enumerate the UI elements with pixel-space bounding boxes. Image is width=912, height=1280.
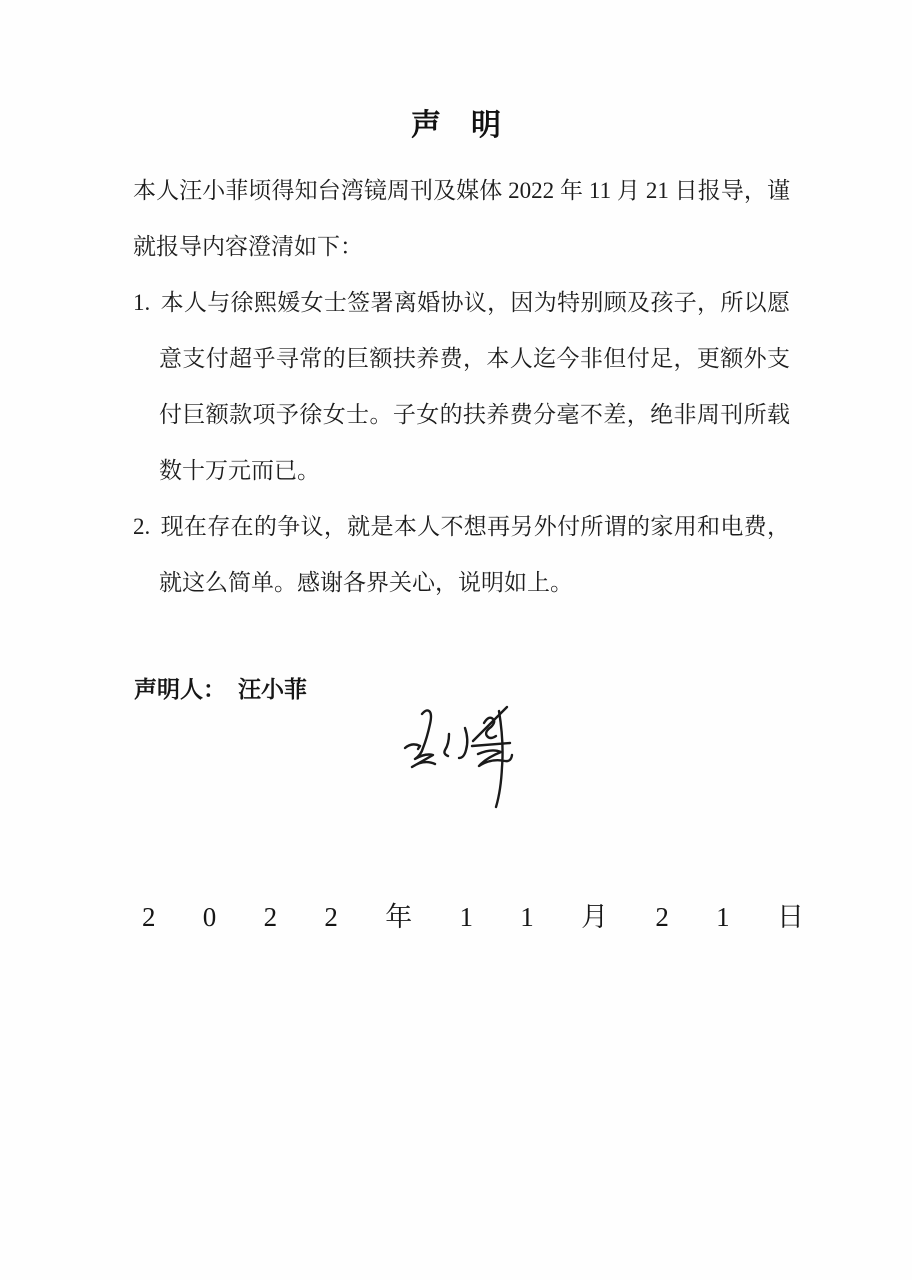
handwritten-signature-image (388, 692, 548, 820)
list-item-1-text: 本人与徐熙媛女士签署离婚协议，因为特别顾及孩子，所以愿意支付超乎寻常的巨额扶养费… (159, 290, 790, 483)
date-char: 2 (264, 899, 278, 935)
date-char: 2 (324, 899, 338, 935)
list-item-2-number: 2. (133, 514, 150, 539)
date-char: 1 (520, 899, 534, 935)
date-char: 0 (203, 899, 217, 935)
document-body: 本人汪小菲顷得知台湾镜周刊及媒体 2022 年 11 月 21 日报导，谨就报导… (133, 163, 790, 611)
date-char: 2 (142, 899, 156, 935)
list-item-1-number: 1. (133, 290, 150, 315)
list-item-2-text: 现在存在的争议，就是本人不想再另外付所谓的家用和电费，就这么简单。感谢各界关心，… (159, 514, 790, 595)
date-char: 日 (777, 899, 804, 935)
signer-line: 声明人：汪小菲 (134, 672, 307, 706)
date-line: 2022年11月21日 (142, 899, 804, 935)
date-char: 1 (459, 899, 473, 935)
date-char: 年 (385, 899, 412, 935)
list-item-1: 1.本人与徐熙媛女士签署离婚协议，因为特别顾及孩子，所以愿意支付超乎寻常的巨额扶… (133, 275, 790, 499)
date-char: 2 (655, 899, 669, 935)
list-item-2: 2.现在存在的争议，就是本人不想再另外付所谓的家用和电费，就这么简单。感谢各界关… (133, 499, 790, 611)
date-char: 1 (716, 899, 730, 935)
signer-label: 声明人： (134, 676, 226, 702)
statement-document-page: 声 明 本人汪小菲顷得知台湾镜周刊及媒体 2022 年 11 月 21 日报导，… (0, 0, 912, 1280)
signer-name: 汪小菲 (238, 676, 307, 702)
date-char: 月 (581, 899, 608, 935)
document-title: 声 明 (0, 108, 912, 144)
intro-paragraph: 本人汪小菲顷得知台湾镜周刊及媒体 2022 年 11 月 21 日报导，谨就报导… (133, 163, 790, 275)
